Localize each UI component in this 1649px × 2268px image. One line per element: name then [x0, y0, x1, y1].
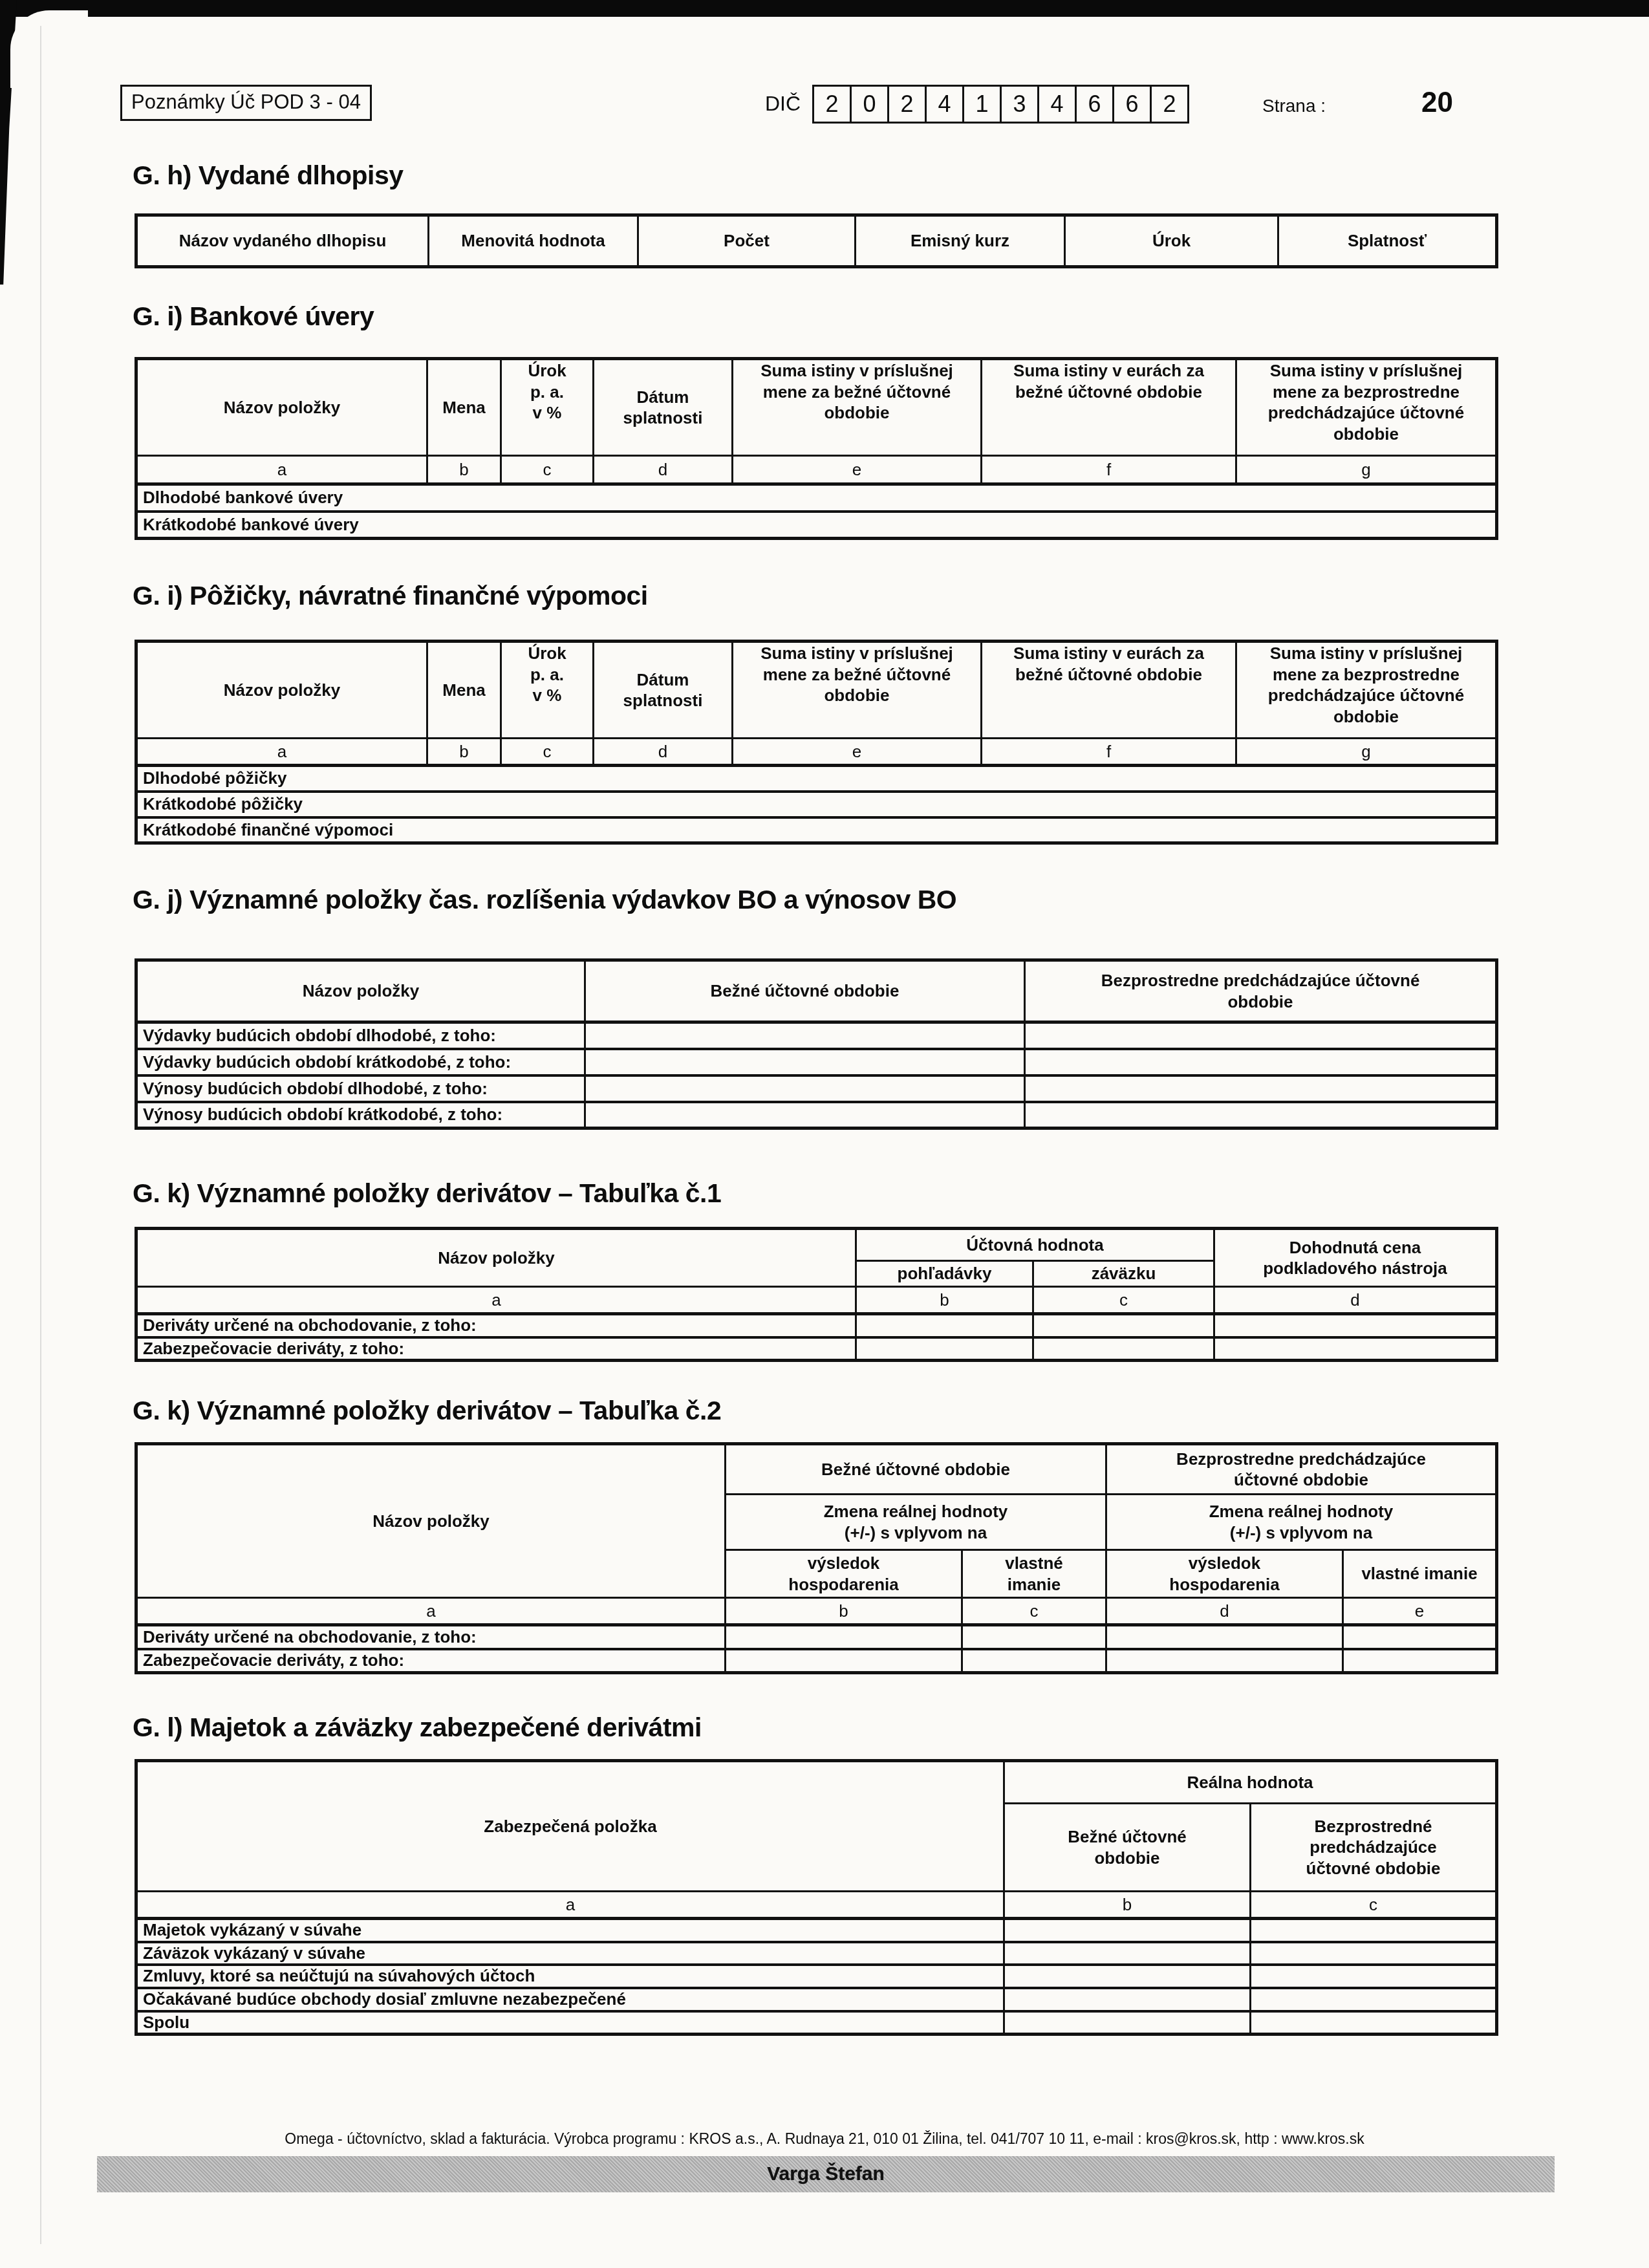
empty-cell — [1025, 1075, 1497, 1102]
empty-cell — [962, 1625, 1106, 1649]
table-row-label: Dlhodobé pôžičky — [136, 766, 1497, 792]
dic-digit: 4 — [925, 85, 964, 124]
section-title-gk2: G. k) Významné položky derivátov – Tabuľ… — [133, 1396, 721, 1426]
dic-digit: 3 — [1000, 85, 1039, 124]
col-group-header: Bezprostredne predchádzajúce účtovné obd… — [1106, 1444, 1497, 1495]
col-group-header: Reálna hodnota — [1004, 1761, 1497, 1804]
col-header: Dátum splatnosti — [594, 642, 733, 739]
col-header: Suma istiny v príslušnej mene za bežné ú… — [733, 359, 982, 456]
empty-cell — [856, 1337, 1033, 1361]
col-header: Suma istiny v eurách za bežné účtovné ob… — [982, 642, 1236, 739]
col-subheader: Bežné účtovné obdobie — [1004, 1804, 1251, 1892]
col-letter: d — [594, 456, 733, 484]
col-letter: b — [726, 1598, 962, 1625]
empty-cell — [726, 1625, 962, 1649]
empty-cell — [1251, 1965, 1497, 1988]
col-header: Bezprostredne predchádzajúce účtovné obd… — [1025, 960, 1497, 1022]
empty-cell — [585, 1075, 1025, 1102]
col-letter: g — [1236, 739, 1497, 766]
col-header: Splatnosť — [1278, 215, 1497, 267]
col-letter: b — [1004, 1892, 1251, 1919]
footer-program-info: Omega - účtovníctvo, sklad a fakturácia.… — [0, 2130, 1649, 2148]
empty-cell — [1251, 1942, 1497, 1965]
col-group-header: Zmena reálnej hodnoty (+/-) s vplyvom na — [726, 1495, 1106, 1550]
col-letter: e — [733, 456, 982, 484]
empty-cell — [1251, 1919, 1497, 1942]
col-letter: b — [856, 1287, 1033, 1314]
scan-artifact-top-bar — [0, 0, 1649, 17]
col-header: Názov položky — [136, 642, 427, 739]
col-header: Suma istiny v príslušnej mene za bezpros… — [1236, 642, 1497, 739]
col-group-header: Účtovná hodnota — [856, 1229, 1214, 1261]
col-group-header: Zmena reálnej hodnoty (+/-) s vplyvom na — [1106, 1495, 1497, 1550]
table-bankove-uvery: Názov položky Mena Úrok p. a. v % Dátum … — [135, 357, 1498, 540]
col-header: Bežné účtovné obdobie — [585, 960, 1025, 1022]
col-subheader: Bezprostredné predchádzajúce účtovné obd… — [1251, 1804, 1497, 1892]
empty-cell — [1214, 1337, 1497, 1361]
col-letter: b — [427, 739, 501, 766]
col-header: Menovitá hodnota — [429, 215, 638, 267]
dic-label: DIČ — [765, 92, 801, 116]
table-derivaty-1: Názov položky Účtovná hodnota Dohodnutá … — [135, 1227, 1498, 1362]
col-letter: c — [501, 456, 594, 484]
col-subheader: vlastné imanie — [962, 1550, 1106, 1598]
col-letter: e — [1343, 1598, 1497, 1625]
empty-cell — [585, 1022, 1025, 1049]
table-row-label: Majetok vykázaný v súvahe — [136, 1919, 1004, 1942]
col-header: Názov položky — [136, 960, 585, 1022]
col-header: Názov položky — [136, 1444, 726, 1598]
empty-cell — [1343, 1649, 1497, 1673]
col-header: Názov položky — [136, 359, 427, 456]
scanned-form-page: Poznámky Úč POD 3 - 04 DIČ 2 0 2 4 1 3 4… — [0, 0, 1649, 2268]
table-row-label: Výdavky budúcich období dlhodobé, z toho… — [136, 1022, 585, 1049]
col-header: Emisný kurz — [856, 215, 1065, 267]
col-header: Úrok — [1065, 215, 1278, 267]
scan-artifact-paper-corner — [10, 10, 88, 88]
empty-cell — [585, 1102, 1025, 1129]
col-letter: c — [1251, 1892, 1497, 1919]
col-header: Zabezpečená položka — [136, 1761, 1004, 1892]
empty-cell — [962, 1649, 1106, 1673]
col-letter: d — [594, 739, 733, 766]
empty-cell — [726, 1649, 962, 1673]
table-pozicky: Názov položky Mena Úrok p. a. v % Dátum … — [135, 640, 1498, 845]
col-letter: f — [982, 739, 1236, 766]
col-header: Dátum splatnosti — [594, 359, 733, 456]
col-subheader: záväzku — [1033, 1261, 1214, 1287]
col-group-header: Bežné účtovné obdobie — [726, 1444, 1106, 1495]
col-header: Suma istiny v príslušnej mene za bezpros… — [1236, 359, 1497, 456]
footer-user-name: Varga Štefan — [767, 2163, 885, 2185]
table-row-label: Výdavky budúcich období krátkodobé, z to… — [136, 1049, 585, 1075]
dic-digit: 0 — [850, 85, 889, 124]
col-subheader: pohľadávky — [856, 1261, 1033, 1287]
col-header: Úrok p. a. v % — [501, 642, 594, 739]
table-row-label: Zabezpečovacie deriváty, z toho: — [136, 1337, 856, 1361]
page-label: Strana : — [1262, 96, 1326, 116]
col-header: Názov vydaného dlhopisu — [136, 215, 429, 267]
section-title-gk1: G. k) Významné položky derivátov – Tabuľ… — [133, 1178, 721, 1209]
col-letter: d — [1214, 1287, 1497, 1314]
dic-number-boxes: 2 0 2 4 1 3 4 6 6 2 — [812, 85, 1189, 124]
col-subheader: výsledok hospodarenia — [1106, 1550, 1343, 1598]
scan-artifact-paper-edge-line — [40, 26, 41, 2244]
empty-cell — [1004, 1965, 1251, 1988]
col-subheader: výsledok hospodarenia — [726, 1550, 962, 1598]
table-row-label: Výnosy budúcich období krátkodobé, z toh… — [136, 1102, 585, 1129]
table-vydane-dlhopisy: Názov vydaného dlhopisu Menovitá hodnota… — [135, 213, 1498, 268]
empty-cell — [1343, 1625, 1497, 1649]
section-title-gi2: G. i) Pôžičky, návratné finančné výpomoc… — [133, 581, 648, 611]
col-letter: a — [136, 1287, 856, 1314]
section-title-gl: G. l) Majetok a záväzky zabezpečené deri… — [133, 1712, 702, 1743]
empty-cell — [1106, 1649, 1343, 1673]
table-row-label: Krátkodobé finančné výpomoci — [136, 817, 1497, 843]
empty-cell — [1004, 1942, 1251, 1965]
section-title-gj: G. j) Významné položky čas. rozlíšenia v… — [133, 885, 956, 915]
col-header: Dohodnutá cena podkladového nástroja — [1214, 1229, 1497, 1287]
table-row-label: Deriváty určené na obchodovanie, z toho: — [136, 1314, 856, 1337]
table-row-label: Výnosy budúcich období dlhodobé, z toho: — [136, 1075, 585, 1102]
empty-cell — [856, 1314, 1033, 1337]
empty-cell — [1033, 1337, 1214, 1361]
col-letter: c — [501, 739, 594, 766]
empty-cell — [1025, 1102, 1497, 1129]
empty-cell — [1025, 1022, 1497, 1049]
dic-digit: 4 — [1037, 85, 1077, 124]
col-letter: a — [136, 456, 427, 484]
empty-cell — [1004, 1919, 1251, 1942]
dic-digit: 2 — [1150, 85, 1189, 124]
col-letter: c — [1033, 1287, 1214, 1314]
table-cas-rozlisenia: Názov položky Bežné účtovné obdobie Bezp… — [135, 958, 1498, 1130]
dic-digit: 6 — [1075, 85, 1114, 124]
empty-cell — [585, 1049, 1025, 1075]
col-letter: a — [136, 1892, 1004, 1919]
col-header: Mena — [427, 359, 501, 456]
table-row-label: Očakávané budúce obchody dosiaľ zmluvne … — [136, 1988, 1004, 2011]
col-letter: f — [982, 456, 1236, 484]
col-letter: b — [427, 456, 501, 484]
col-header: Suma istiny v eurách za bežné účtovné ob… — [982, 359, 1236, 456]
dic-digit: 2 — [812, 85, 852, 124]
empty-cell — [1004, 2011, 1251, 2035]
table-row-label: Záväzok vykázaný v súvahe — [136, 1942, 1004, 1965]
table-row-label: Dlhodobé bankové úvery — [136, 484, 1497, 512]
empty-cell — [1025, 1049, 1497, 1075]
empty-cell — [1033, 1314, 1214, 1337]
col-header: Názov položky — [136, 1229, 856, 1287]
col-header: Suma istiny v príslušnej mene za bežné ú… — [733, 642, 982, 739]
empty-cell — [1004, 1988, 1251, 2011]
section-title-gh: G. h) Vydané dlhopisy — [133, 160, 404, 191]
col-header: Mena — [427, 642, 501, 739]
col-subheader: vlastné imanie — [1343, 1550, 1497, 1598]
col-header: Úrok p. a. v % — [501, 359, 594, 456]
table-row-label: Deriváty určené na obchodovanie, z toho: — [136, 1625, 726, 1649]
dic-digit: 1 — [962, 85, 1002, 124]
col-header: Počet — [638, 215, 856, 267]
empty-cell — [1106, 1625, 1343, 1649]
table-row-label: Zabezpečovacie deriváty, z toho: — [136, 1649, 726, 1673]
col-letter: e — [733, 739, 982, 766]
table-majetok-zavazky: Zabezpečená položka Reálna hodnota Bežné… — [135, 1759, 1498, 2036]
table-row-label: Zmluvy, ktoré sa neúčtujú na súvahových … — [136, 1965, 1004, 1988]
form-id-box: Poznámky Úč POD 3 - 04 — [120, 85, 372, 121]
dic-digit: 2 — [887, 85, 927, 124]
table-row-label: Krátkodobé bankové úvery — [136, 512, 1497, 539]
empty-cell — [1251, 2011, 1497, 2035]
empty-cell — [1214, 1314, 1497, 1337]
col-letter: a — [136, 1598, 726, 1625]
col-letter: d — [1106, 1598, 1343, 1625]
page-number: 20 — [1421, 87, 1453, 119]
col-letter: c — [962, 1598, 1106, 1625]
dic-digit: 6 — [1112, 85, 1152, 124]
col-letter: g — [1236, 456, 1497, 484]
table-derivaty-2: Názov položky Bežné účtovné obdobie Bezp… — [135, 1442, 1498, 1674]
empty-cell — [1251, 1988, 1497, 2011]
footer-signature-bar: Varga Štefan — [97, 2156, 1555, 2192]
col-letter: a — [136, 739, 427, 766]
section-title-gi1: G. i) Bankové úvery — [133, 301, 374, 332]
table-row-label: Krátkodobé pôžičky — [136, 792, 1497, 817]
table-row-label: Spolu — [136, 2011, 1004, 2035]
